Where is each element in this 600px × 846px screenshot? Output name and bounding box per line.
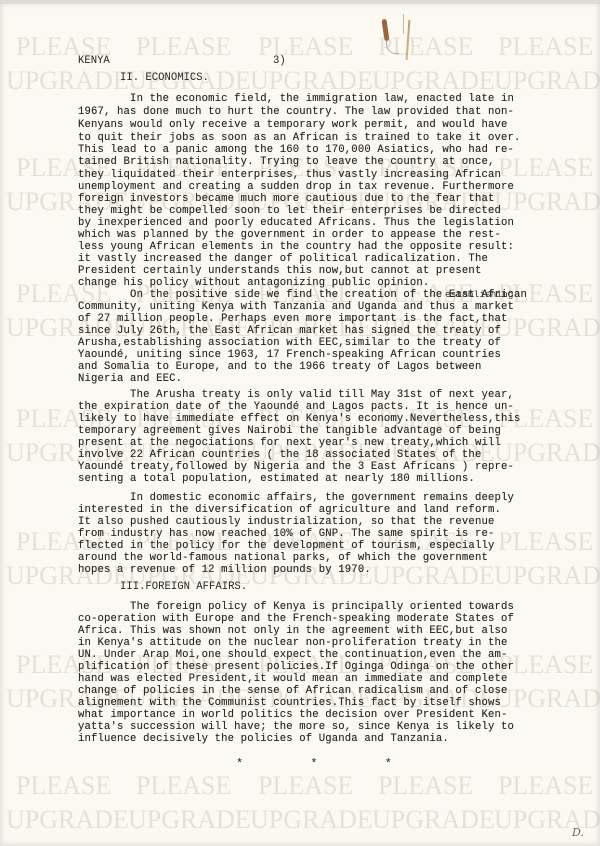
text-line: This lead to a panic among the 160 to 17…	[78, 144, 514, 156]
text-line: Arusha,establishing association with EEC…	[78, 337, 501, 349]
section-heading-economics: II. ECONOMICS.	[120, 72, 209, 84]
text-line: Yaoundé, uniting since 1963, 17 French-s…	[78, 349, 501, 361]
text-line: change of policies in the sense of Afric…	[78, 685, 507, 697]
text-line: in Kenya's attitude on the nuclear non-p…	[78, 637, 507, 649]
text-line: In domestic economic affairs, the govern…	[78, 492, 514, 504]
text-line: they might be compelled soon to let thei…	[78, 205, 501, 217]
text-line: temporary agreement gives Nairobi the ta…	[78, 425, 501, 437]
text-line: Community, uniting Kenya with Tanzania a…	[78, 301, 514, 313]
text-line: unemployment and creating a sudden drop …	[78, 181, 514, 193]
text-line: senting a total population, estimated at…	[78, 473, 475, 485]
document-header-country: KENYA	[78, 55, 110, 67]
text-line: by inexperienced and poorly educated Afr…	[78, 217, 514, 229]
text-line: influence decisively the policies of Uga…	[78, 733, 449, 745]
text-line: Kenyans would only receive a temporary w…	[78, 119, 507, 131]
text-line: co-operation with Europe and the French-…	[78, 613, 514, 625]
end-of-section-asterisks: * * *	[236, 758, 422, 770]
handwritten-initials: D.	[572, 827, 584, 839]
text-line: from industry has now reached 10% of GNP…	[78, 528, 494, 540]
text-line: of 27 million people. Perhaps even more …	[78, 313, 507, 325]
text-line: they liquidated their enterprises, thus …	[78, 169, 501, 181]
text-line: Yaoundé treaty,followed by Nigeria and t…	[78, 461, 514, 473]
text-line: Africa. This was shown not only in the a…	[78, 625, 507, 637]
text-line: and Somalia to Europe, and to the 1966 t…	[78, 361, 481, 373]
text-line: The Arusha treaty is only valid till May…	[78, 389, 514, 401]
text-line: yatta's succession will have; the more s…	[78, 721, 514, 733]
text-line: which was planned by the government in o…	[78, 229, 501, 241]
text-line: Nigeria and EEC.	[78, 373, 182, 385]
text-line: it vastly increased the danger of politi…	[78, 253, 488, 265]
text-line: The foreign policy of Kenya is principal…	[78, 601, 514, 613]
text-line: flected in the policy for the developmen…	[78, 540, 494, 552]
text-line: the expiration date of the Yaoundé and L…	[78, 401, 514, 413]
text-line: 1967, has done much to hurt the country.…	[78, 106, 514, 118]
text-line: President certainly understands this now…	[78, 265, 481, 277]
section-heading-foreign-affairs: III.FOREIGN AFFAIRS.	[120, 581, 247, 593]
handwritten-insertion: establishing	[445, 289, 513, 301]
text-line: foreign investors became much more cauti…	[78, 193, 494, 205]
text-line: hand was elected President,it would mean…	[78, 673, 507, 685]
text-line: present at the negociations for next yea…	[78, 437, 501, 449]
page-number: 3)	[273, 55, 286, 67]
text-line: involve 22 African countries ( the 18 as…	[78, 449, 481, 461]
document-body: KENYA 3) II. ECONOMICS. In the economic …	[0, 0, 600, 846]
text-line: UN. Under Arap Moi,one should expect the…	[78, 649, 507, 661]
text-line: to quit their jobs as soon as an African…	[78, 132, 521, 144]
text-line: interested in the diversification of agr…	[78, 504, 501, 516]
text-line: around the world-famous national parks, …	[78, 552, 488, 564]
text-line: what importance in world politics the de…	[78, 709, 507, 721]
text-line: alignement with the Communist countries.…	[78, 697, 501, 709]
text-line: change his policy without antagonizing p…	[78, 277, 429, 289]
text-line: tained British nationality. Trying to le…	[78, 156, 494, 168]
text-line: In the economic field, the immigration l…	[78, 93, 514, 105]
text-line: plification of these present policies.If…	[78, 661, 514, 673]
text-line: since July 26th, the East African market…	[78, 325, 501, 337]
text-line: likely to have immediate effect on Kenya…	[78, 413, 521, 425]
text-line: hopes a revenue of 12 million pounds by …	[78, 564, 371, 576]
text-line: less young African elements in the count…	[78, 241, 514, 253]
text-line: It also pushed cautiously industrializat…	[78, 516, 494, 528]
